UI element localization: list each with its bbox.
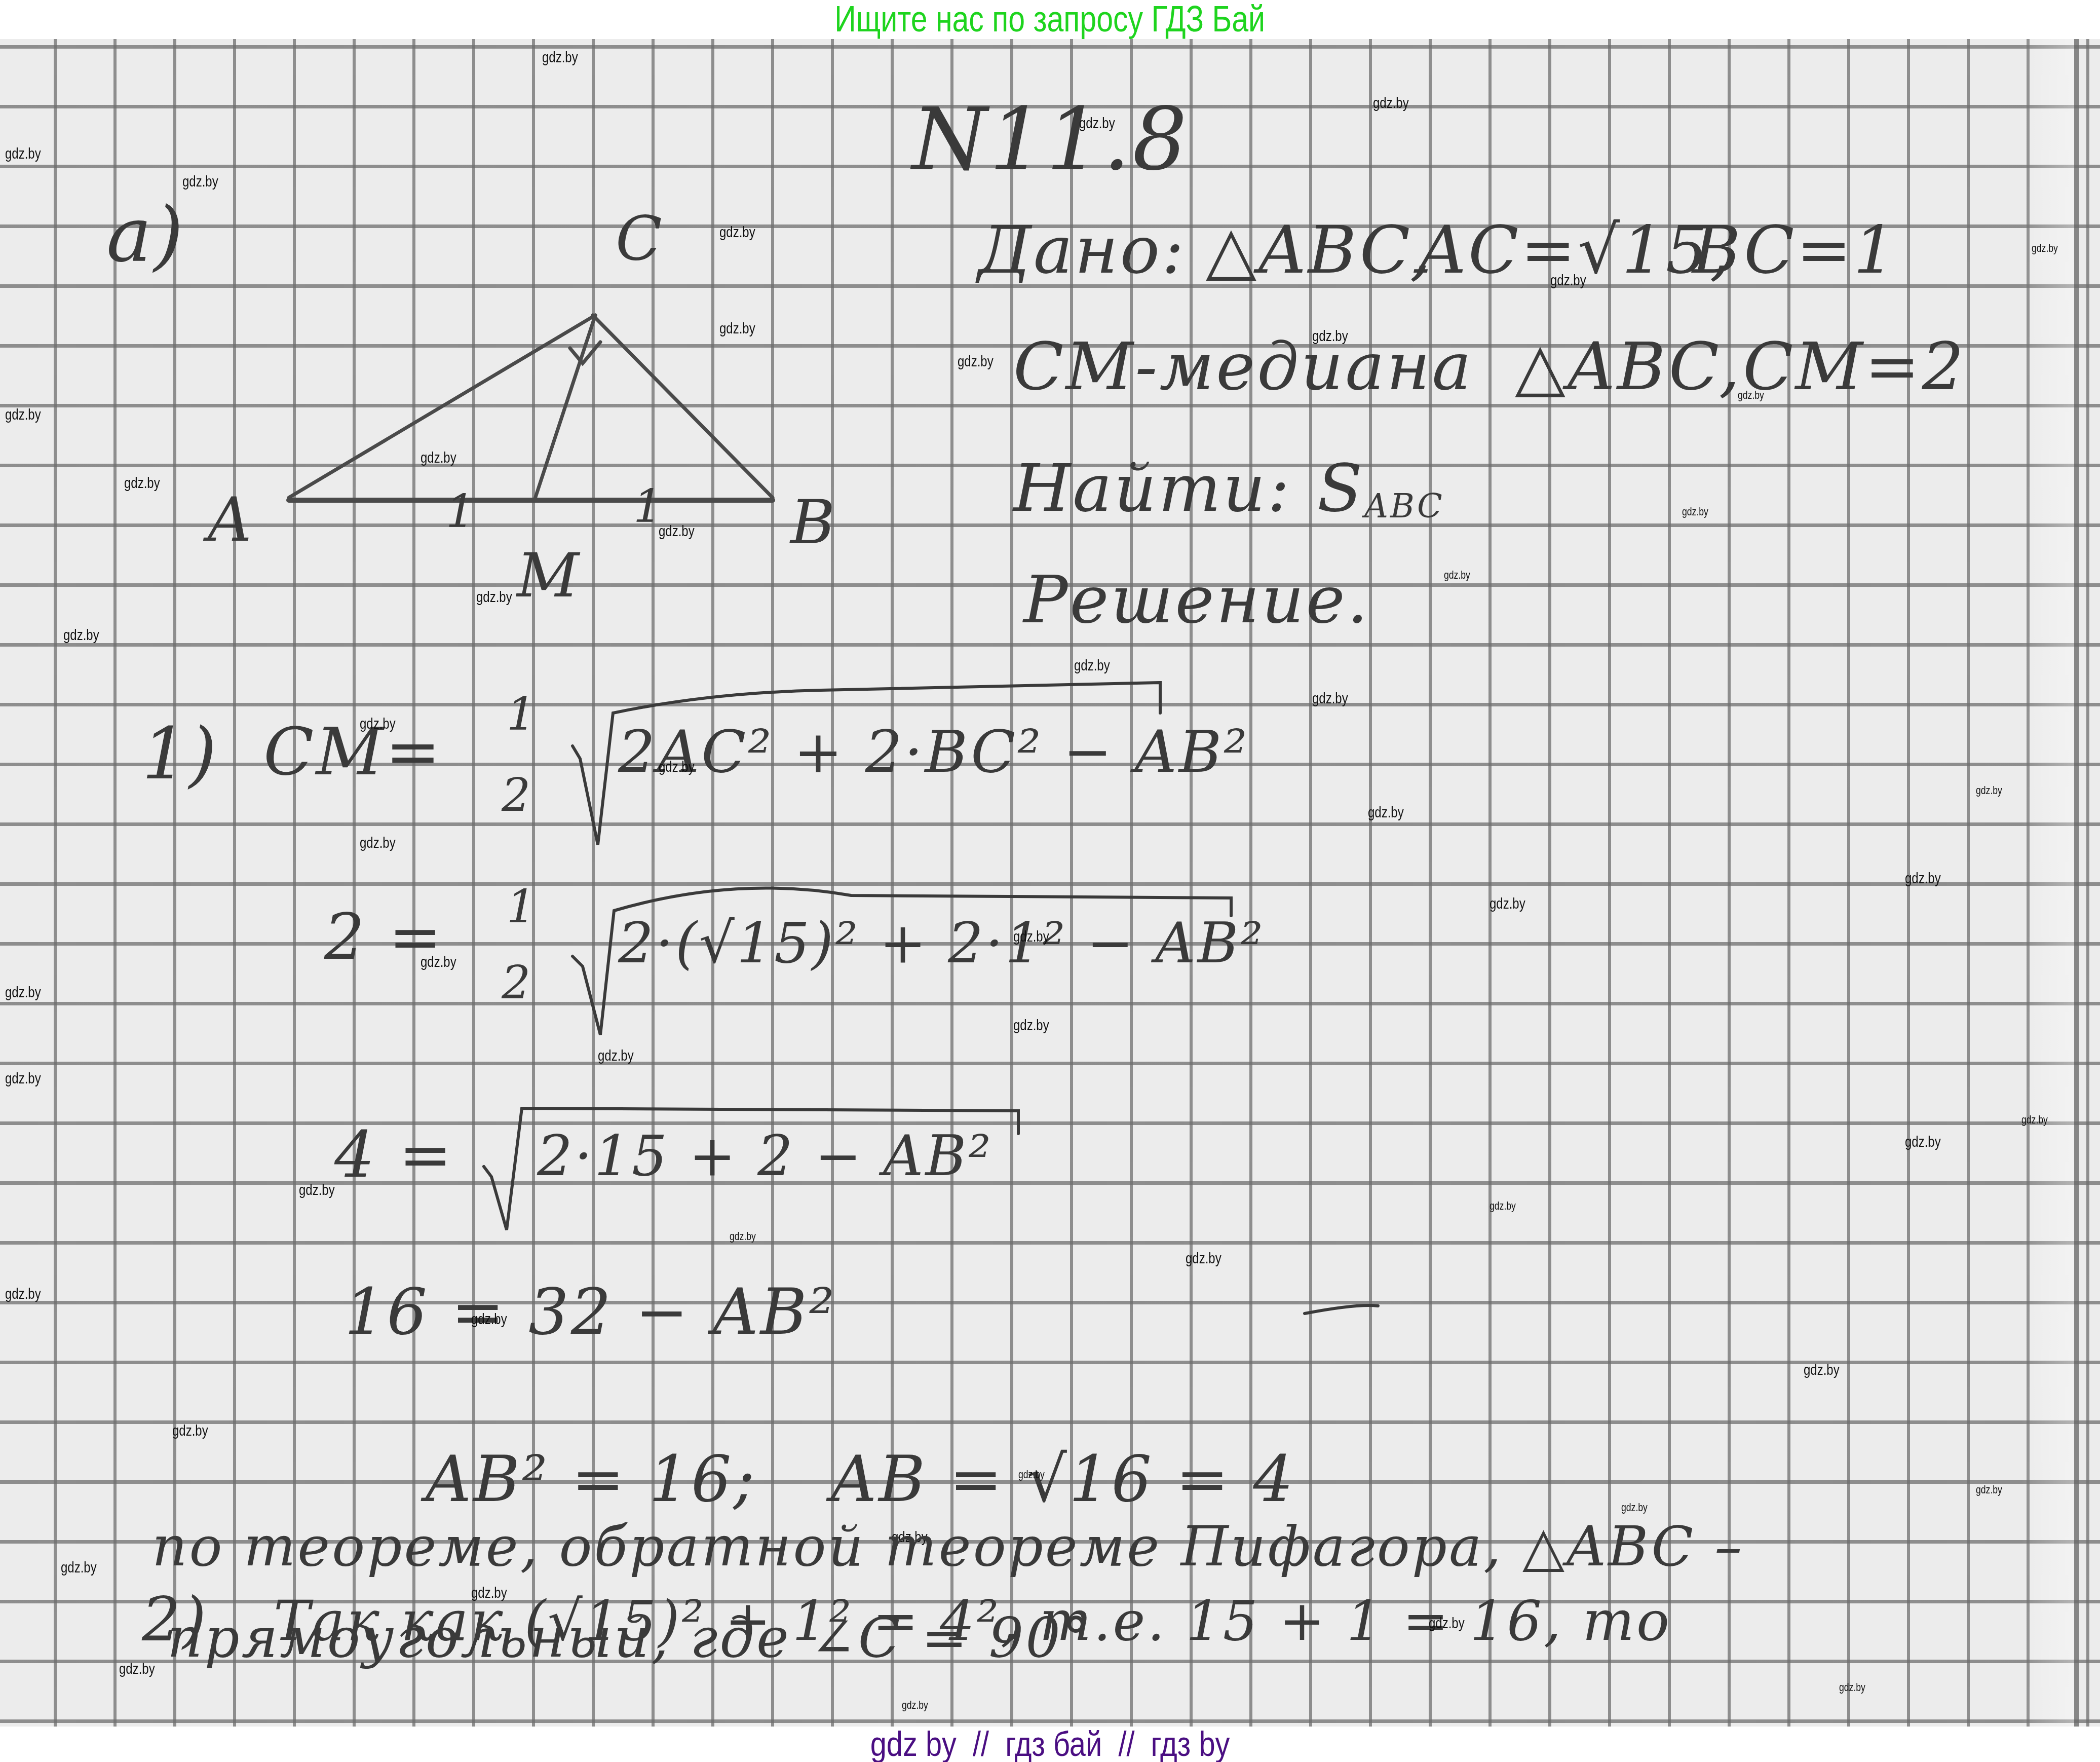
step1-line4: 16 = 32 − AB² <box>345 1276 836 1349</box>
watermark: gdz.by <box>1444 569 1470 582</box>
watermark: gdz.by <box>5 1286 41 1303</box>
given-median: CM-медиана <box>1013 328 1473 405</box>
watermark: gdz.by <box>63 627 99 644</box>
step1-line3-lhs: 4 = <box>334 1118 454 1192</box>
watermark: gdz.by <box>61 1559 97 1577</box>
watermark: gdz.by <box>172 1422 208 1440</box>
step1-number: 1) <box>142 713 219 796</box>
watermark: gdz.by <box>719 320 755 338</box>
watermark: gdz.by <box>542 49 578 66</box>
watermark: gdz.by <box>1312 690 1348 707</box>
given-median-triangle: △ABC, <box>1515 328 1742 405</box>
watermark: gdz.by <box>659 523 695 540</box>
watermark: gdz.by <box>1312 328 1348 345</box>
watermark: gdz.by <box>958 353 994 370</box>
vertex-m-label: M <box>517 541 581 611</box>
find-target: SABC <box>1317 449 1444 527</box>
step1-line1-radicand: 2AC² + 2·BC² − AB² <box>618 718 1249 786</box>
watermark: gdz.by <box>730 1230 756 1243</box>
watermark: gdz.by <box>5 145 41 163</box>
step1-line2-radicand: 2·(√15)² + 2·1² − AB² <box>618 911 1265 976</box>
watermark: gdz.by <box>5 984 41 1001</box>
step1-line2-frac-den: 2 <box>502 956 532 1009</box>
watermark: gdz.by <box>119 1661 155 1678</box>
vertex-a-label: A <box>208 485 254 555</box>
watermark: gdz.by <box>5 406 41 424</box>
watermark: gdz.by <box>902 1699 928 1712</box>
watermark: gdz.by <box>2021 1113 2048 1127</box>
watermark: gdz.by <box>719 224 755 241</box>
watermark: gdz.by <box>1490 1199 1516 1213</box>
watermark: gdz.by <box>1550 272 1586 289</box>
given-triangle: △ABC, <box>1206 211 1433 288</box>
watermark: gdz.by <box>1976 1483 2002 1496</box>
top-banner-text: Ищите нас по запросу ГДЗ Бай <box>835 0 1266 39</box>
watermark: gdz.by <box>1804 1362 1840 1379</box>
watermark: gdz.by <box>659 759 695 776</box>
watermark: gdz.by <box>471 1585 507 1602</box>
step2-line3-text: прямоугольный, где ∠C = 90° <box>167 1606 1092 1670</box>
step2-line2-text: по теореме, обратной теореме Пифагора, △… <box>152 1515 1744 1579</box>
step1-line5b: AB = √16 = 4 <box>831 1443 1295 1516</box>
vertex-b-label: B <box>790 488 837 558</box>
watermark: gdz.by <box>421 954 456 971</box>
median-cm <box>534 315 595 500</box>
watermark: gdz.by <box>1839 1681 1865 1694</box>
watermark: gdz.by <box>1079 115 1115 132</box>
watermark: gdz.by <box>1490 895 1525 913</box>
given-cm: CM=2 <box>1743 328 1966 405</box>
watermark: gdz.by <box>182 173 218 191</box>
watermark: gdz.by <box>124 475 160 492</box>
watermark: gdz.by <box>1621 1501 1648 1514</box>
watermark: gdz.by <box>1013 928 1049 946</box>
watermark: gdz.by <box>1074 657 1110 674</box>
solution-label: Решение. <box>1023 561 1370 638</box>
watermark: gdz.by <box>1373 95 1409 112</box>
watermark: gdz.by <box>1018 1468 1045 1481</box>
watermark: gdz.by <box>471 1311 507 1328</box>
watermark: gdz.by <box>1738 389 1764 402</box>
watermark: gdz.by <box>598 1047 634 1065</box>
given-bc: BC=1 <box>1692 211 1897 288</box>
watermark: gdz.by <box>2032 242 2058 255</box>
watermark: gdz.by <box>5 1070 41 1088</box>
find-label: Найти: <box>1013 449 1291 527</box>
watermark: gdz.by <box>1682 505 1708 518</box>
watermark: gdz.by <box>421 449 456 467</box>
watermark: gdz.by <box>1429 1615 1465 1632</box>
step1-line1-frac-num: 1 <box>507 688 538 741</box>
watermark: gdz.by <box>1368 804 1404 821</box>
watermark: gdz.by <box>1905 1134 1941 1151</box>
step1-line1-lhs: CM= <box>263 713 443 790</box>
segment-mark-am: 1 <box>446 485 477 538</box>
watermark: gdz.by <box>476 589 512 606</box>
watermark: gdz.by <box>360 716 396 733</box>
find-target-sub: ABC <box>1364 488 1444 526</box>
watermark: gdz.by <box>1013 1017 1049 1034</box>
watermark: gdz.by <box>1976 784 2002 797</box>
vertex-c-label: C <box>616 204 664 274</box>
top-banner: Ищите нас по запросу ГДЗ Бай <box>0 0 2100 39</box>
watermark: gdz.by <box>1186 1250 1221 1267</box>
step1-line1-frac-den: 2 <box>502 769 532 822</box>
watermark: gdz.by <box>299 1182 335 1199</box>
watermark: gdz.by <box>1905 870 1941 887</box>
step1-line3-radicand: 2·15 + 2 − AB² <box>537 1123 992 1188</box>
notebook-page: N11.8 а) C A B M 1 1 Дано: △ABC, AC=√15,… <box>0 39 2100 1727</box>
find-target-s: S <box>1317 449 1364 527</box>
bottom-banner-text: gdz by // гдз бай // гдз by <box>870 1727 1230 1762</box>
side-bc <box>593 315 773 498</box>
side-ac <box>289 315 595 498</box>
step1-line2-frac-num: 1 <box>507 880 538 933</box>
watermark: gdz.by <box>360 835 396 852</box>
step1-line5a: AB² = 16; <box>426 1443 757 1516</box>
bottom-banner: gdz by // гдз бай // гдз by <box>0 1727 2100 1762</box>
given-label: Дано: <box>978 211 1186 288</box>
